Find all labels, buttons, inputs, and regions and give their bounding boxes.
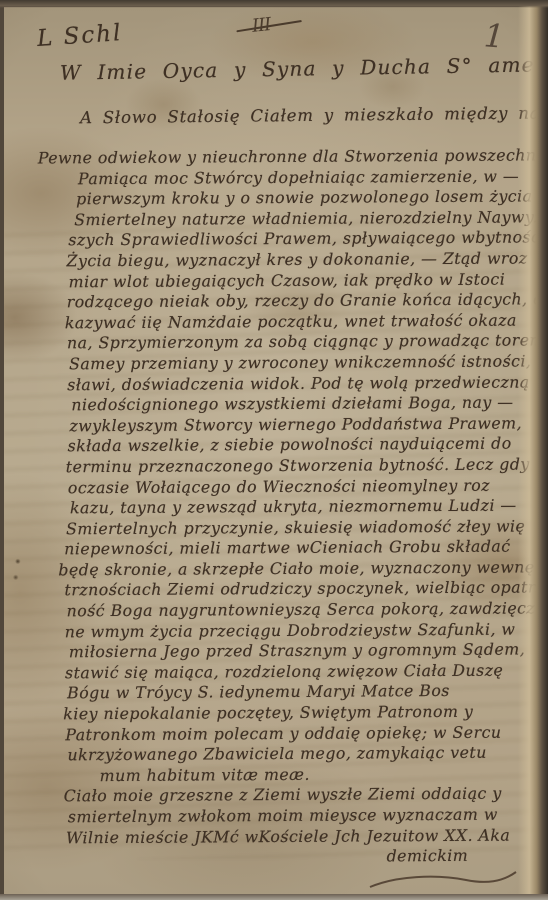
- manuscript-line: Bógu w Tróycy S. iedynemu Maryi Matce Bo…: [67, 681, 513, 704]
- manuscript-line: oczasie Wołaiącego do Wieczności nieomyl…: [68, 475, 512, 498]
- manuscript-line: terminu przeznaczonego Stworzenia bytnoś…: [66, 454, 512, 477]
- manuscript-line: Ciało moie grzeszne z Ziemi wyszłe Ziemi…: [64, 784, 514, 807]
- deckle-edge: [518, 0, 548, 900]
- manuscript-line: niepewności, mieli martwe wCieniach Grob…: [64, 537, 512, 560]
- manuscript-line: zwykleyszym Stworcy wiernego Poddaństwa …: [69, 413, 511, 436]
- manuscript-line: ność Boga naygruntownieyszą Serca pokorą…: [67, 599, 513, 622]
- invocation-line: W Imie Oyca y Syna y Ducha S° amen: [60, 53, 490, 85]
- manuscript-line: ukrzyżowanego Zbawiciela mego, zamykaiąc…: [67, 743, 513, 766]
- manuscript-line: mum habitum vitæ meæ.: [100, 763, 514, 786]
- manuscript-line: Patronkom moim polecam y oddaię opiekę; …: [65, 722, 513, 745]
- manuscript-line: szych Sprawiedliwości Prawem, spływaiące…: [68, 228, 510, 251]
- manuscript-line: ne wmym życia przeciągu Dobrodzieystw Sz…: [65, 619, 513, 642]
- scan-edge-bottom: [0, 894, 548, 900]
- manuscript-line: sławi, doświadczenia widok. Pod tę wolą …: [67, 372, 511, 395]
- manuscript-line: Smiertelnych przyczynie, skuiesię wiadom…: [66, 516, 512, 539]
- manuscript-line: Pamiąca moc Stwórcy dopełniaiąc zamierze…: [78, 166, 510, 189]
- testament-body: Pewne odwiekow y nieuchronne dla Stworze…: [38, 146, 514, 870]
- manuscript-line: trznościach Ziemi odrudziczy spoczynek, …: [64, 578, 512, 601]
- paper-sheet: L Schl III 1 W Imie Oyca y Syna y Ducha …: [4, 7, 536, 894]
- manuscript-line: kazu, tayna y zewsząd ukryta, niezmornem…: [70, 496, 512, 519]
- manuscript-line: rodzącego nieiak oby, rzeczy do Granie k…: [67, 290, 511, 313]
- scan-edge-top: [0, 0, 548, 8]
- manuscript-line: kiey niepokalanie poczętey, Swiętym Patr…: [63, 702, 513, 725]
- scripture-verse-line: A Słowo Stałosię Ciałem y mieszkało międ…: [80, 104, 520, 128]
- page-number: 1: [482, 16, 505, 55]
- manuscript-line: smiertelnym zwłokom moim mieysce wyznacz…: [68, 805, 514, 828]
- manuscript-line: Życia biegu, wyznaczył kres y dokonanie,…: [66, 249, 510, 272]
- manuscript-line: składa wszelkie, z siebie powolności nay…: [68, 434, 512, 457]
- folio-mark-group: III: [251, 14, 271, 37]
- manuscript-line: Smiertelney naturze władniemia, nierozdz…: [74, 207, 510, 230]
- flourish-underline: [368, 867, 518, 893]
- manuscript-line: demickim: [42, 846, 514, 869]
- manuscript-line: na, Sprzymierzonym za sobą ciągnąc y pro…: [67, 331, 511, 354]
- manuscript-line: będę skronie, a skrzepłe Ciało moie, wyz…: [58, 557, 512, 580]
- manuscript-line: Pewne odwiekow y nieuchronne dla Stworze…: [38, 146, 510, 169]
- manuscript-line: pierwszym kroku y o snowie pozwolonego l…: [76, 187, 510, 210]
- manuscript-line: kazywać iię Namżdaie początku, wnet trwa…: [65, 310, 511, 333]
- manuscript-line: Wilnie mieście JKMć wKościele Jch Jezuit…: [66, 825, 514, 848]
- manuscript-scan: L Schl III 1 W Imie Oyca y Syna y Ducha …: [0, 0, 548, 900]
- manuscript-line: miar wlot ubiegaiących Czasow, iak prędk…: [69, 269, 511, 292]
- archive-inscription: L Schl: [36, 20, 123, 52]
- manuscript-line: miłosierna Jego przed Strasznym y ogromn…: [69, 640, 513, 663]
- manuscript-line: niedoścignionego wszystkiemi dziełami Bo…: [71, 393, 511, 416]
- manuscript-line: Samey przemiany y zwroconey wnikczemność…: [69, 351, 511, 374]
- manuscript-line: stawić się maiąca, rozdzieloną zwięzow C…: [65, 660, 513, 683]
